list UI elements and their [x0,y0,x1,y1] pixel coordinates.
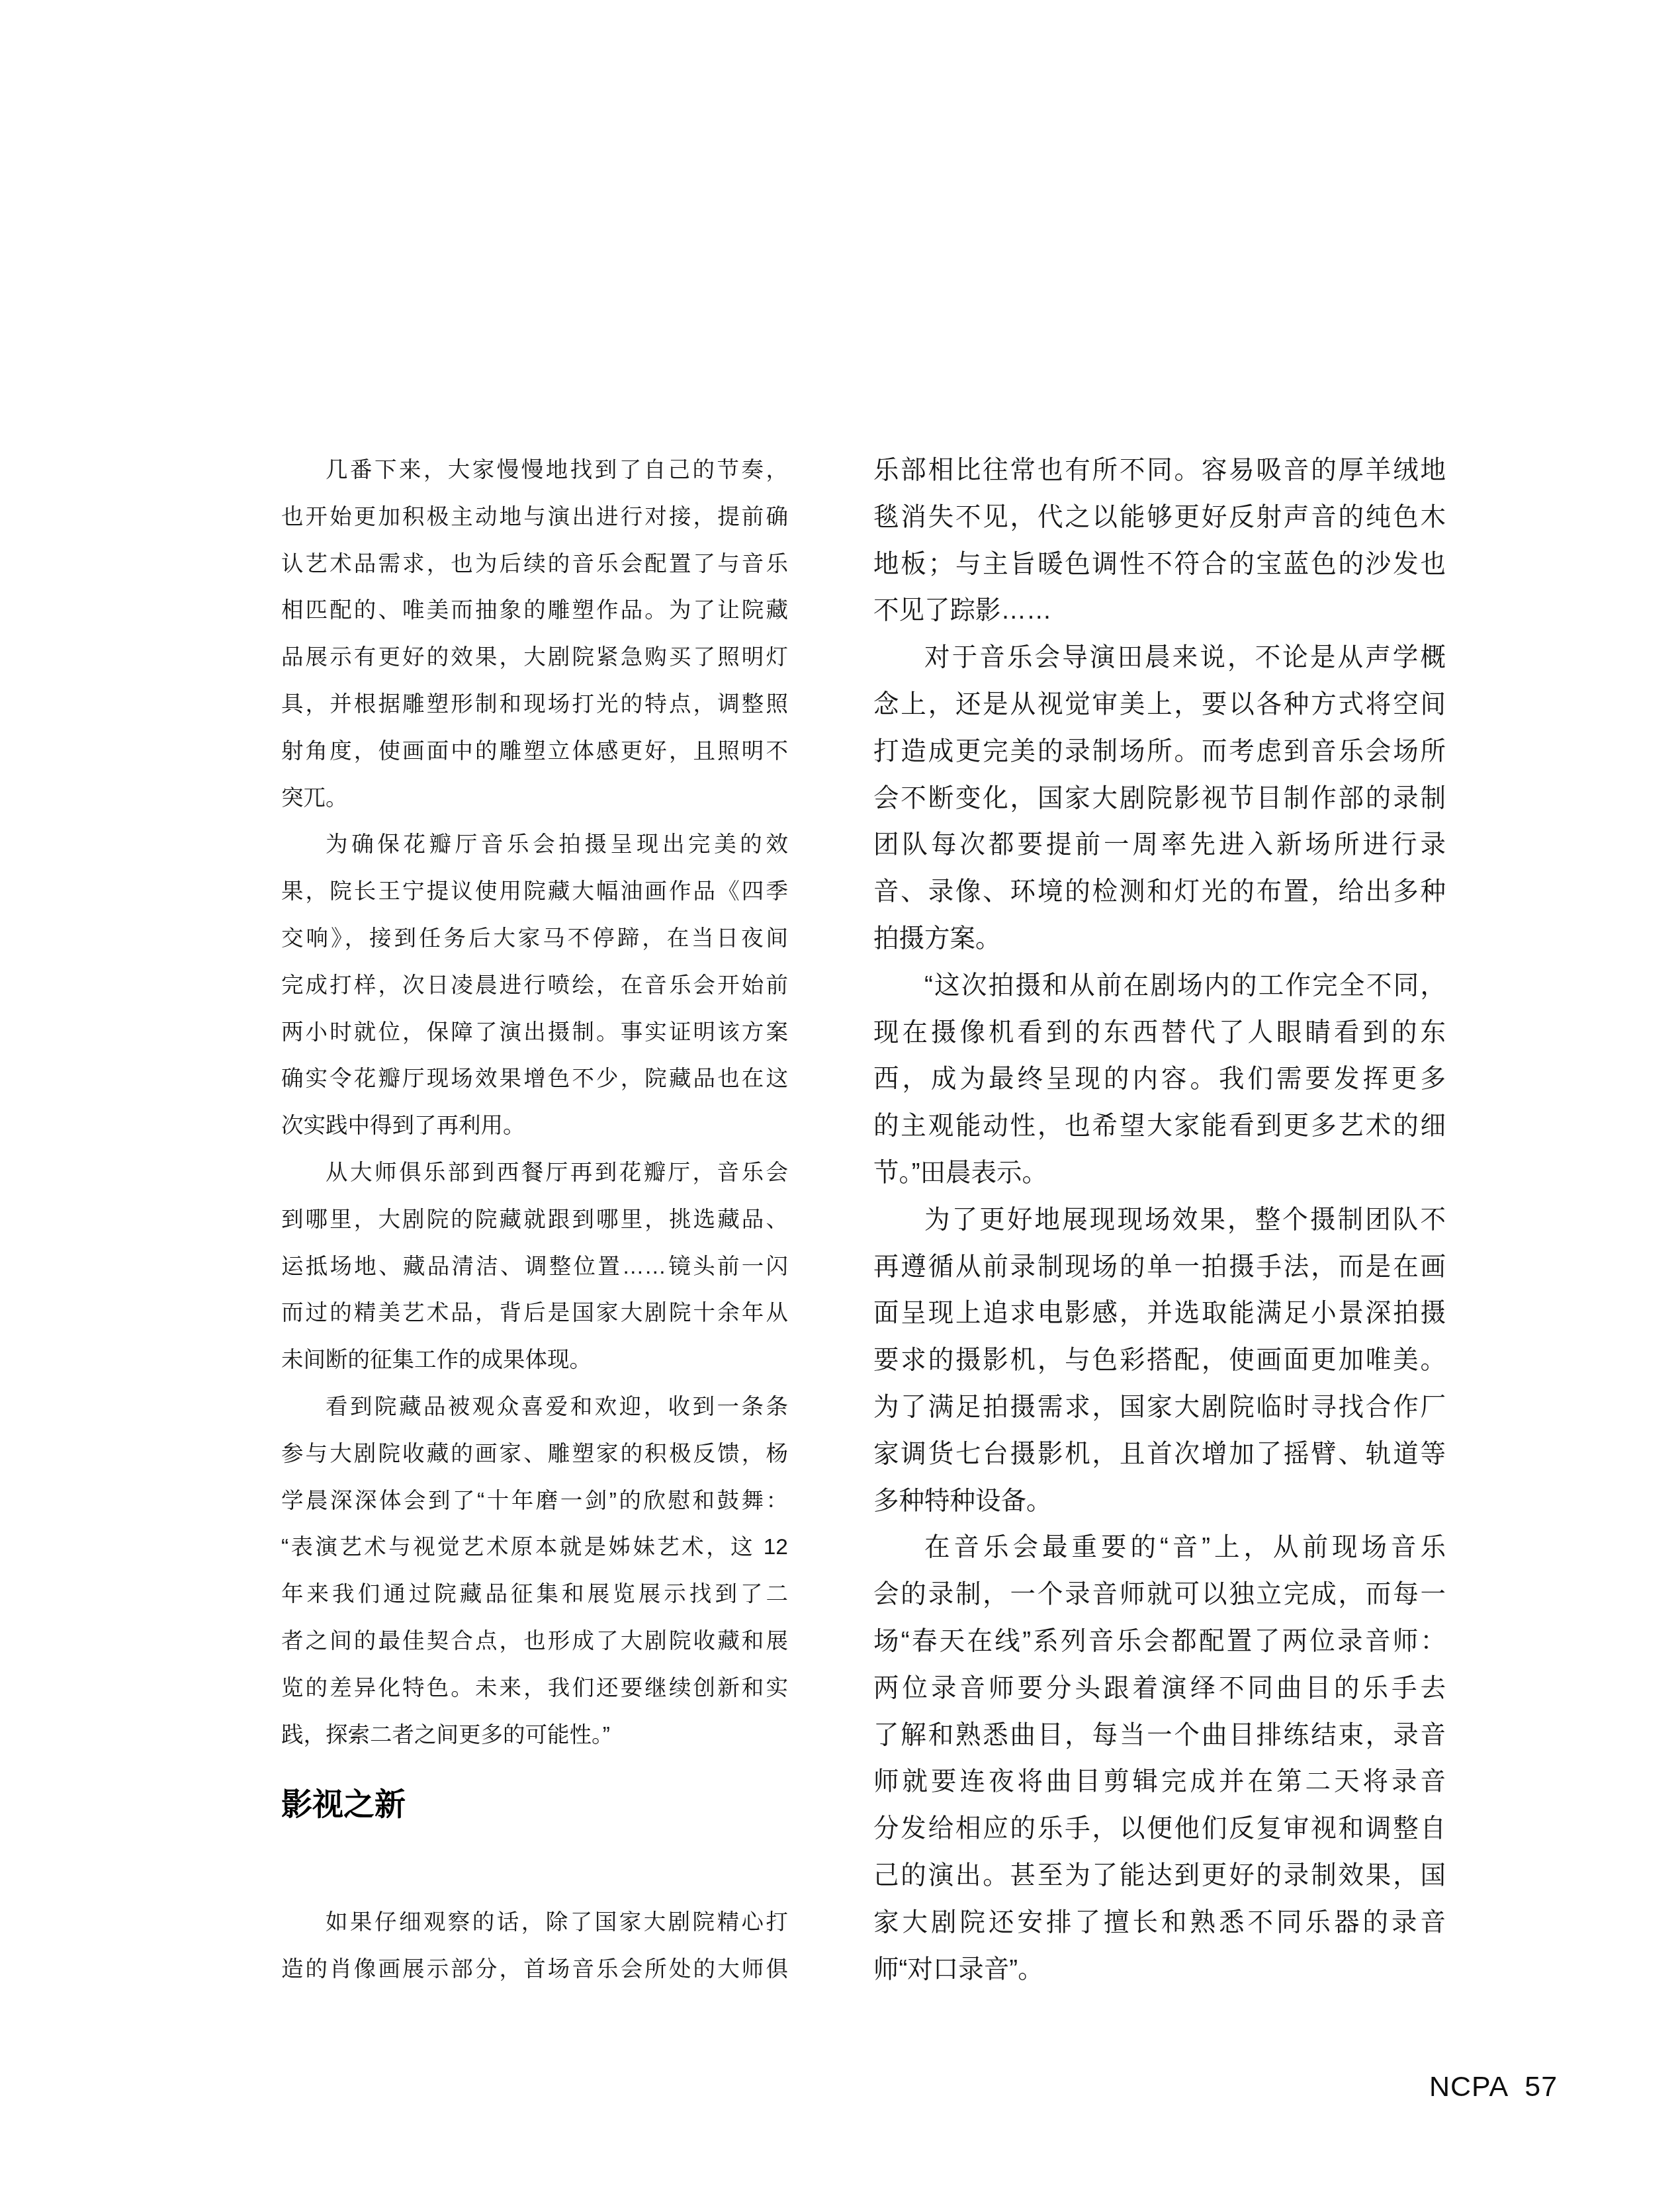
text-line: 现在摄像机看到的东西替代了人眼睛看到的东 [873,1010,1446,1057]
text-line: 学晨深深体会到了“十年磨一剑”的欣慰和鼓舞： [281,1478,788,1525]
text-line: 参与大剧院收藏的画家、雕塑家的积极反馈，杨 [281,1431,788,1478]
text-line: 面呈现上追求电影感，并选取能满足小景深拍摄 [873,1290,1446,1337]
text-line: 地板；与主旨暖色调性不符合的宝蓝色的沙发也 [873,541,1446,588]
text-line: 为了更好地展现现场效果，整个摄制团队不 [873,1197,1446,1244]
paragraph: 几番下来，大家慢慢地找到了自己的节奏，也开始更加积极主动地与演出进行对接，提前确… [281,447,788,822]
text-line: 己的演出。甚至为了能达到更好的录制效果，国 [873,1853,1446,1900]
paragraph: “这次拍摄和从前在剧场内的工作完全不同，现在摄像机看到的东西替代了人眼睛看到的东… [873,963,1446,1197]
text-line: 分发给相应的乐手，以便他们反复审视和调整自 [873,1806,1446,1853]
paragraph: 对于音乐会导演田晨来说，不论是从声学概念上，还是从视觉审美上，要以各种方式将空间… [873,635,1446,963]
footer-page-number: 57 [1525,2071,1558,2103]
text-line: 音、录像、环境的检测和灯光的布置，给出多种 [873,869,1446,916]
text-line: 拍摄方案。 [873,916,1446,963]
text-line: 完成打样，次日凌晨进行喷绘，在音乐会开始前 [281,963,788,1010]
page-footer: NCPA57 [1429,2073,1558,2101]
text-line: 团队每次都要提前一周率先进入新场所进行录 [873,822,1446,869]
text-line: 为确保花瓣厅音乐会拍摄呈现出完美的效 [281,822,788,869]
text-line: “表演艺术与视觉艺术原本就是姊妹艺术，这 12 [281,1524,788,1571]
text-line: 两位录音师要分头跟着演绎不同曲目的乐手去 [873,1665,1446,1712]
paragraph: 如果仔细观察的话，除了国家大剧院精心打造的肖像画展示部分，首场音乐会所处的大师俱 [281,1900,788,1993]
text-line: 两小时就位，保障了演出摄制。事实证明该方案 [281,1010,788,1057]
text-line: 不见了踪影…… [873,588,1446,635]
text-line: 果，院长王宁提议使用院藏大幅油画作品《四季 [281,869,788,916]
text-line: 师就要连夜将曲目剪辑完成并在第二天将录音 [873,1759,1446,1806]
text-line: 如果仔细观察的话，除了国家大剧院精心打 [281,1900,788,1947]
text-line: 而过的精美艺术品，背后是国家大剧院十余年从 [281,1290,788,1337]
text-line: 了解和熟悉曲目，每当一个曲目排练结束，录音 [873,1712,1446,1759]
text-line: 会不断变化，国家大剧院影视节目制作部的录制 [873,775,1446,822]
text-line: 会的录制，一个录音师就可以独立完成，而每一 [873,1571,1446,1618]
text-line: “这次拍摄和从前在剧场内的工作完全不同， [873,963,1446,1010]
text-line: 次实践中得到了再利用。 [281,1103,788,1150]
text-line: 品展示有更好的效果，大剧院紧急购买了照明灯 [281,635,788,681]
section-heading: 影视之新 [281,1780,788,1828]
text-line: 对于音乐会导演田晨来说，不论是从声学概 [873,635,1446,681]
text-line: 乐部相比往常也有所不同。容易吸音的厚羊绒地 [873,447,1446,494]
text-line: 突兀。 [281,775,788,822]
paragraph: 在音乐会最重要的“音”上，从前现场音乐会的录制，一个录音师就可以独立完成，而每一… [873,1524,1446,1993]
text-line: 打造成更完美的录制场所。而考虑到音乐会场所 [873,728,1446,775]
paragraph: 乐部相比往常也有所不同。容易吸音的厚羊绒地毯消失不见，代之以能够更好反射声音的纯… [873,447,1446,635]
text-line: 家调货七台摄影机，且首次增加了摇臂、轨道等 [873,1431,1446,1478]
text-line: 念上，还是从视觉审美上，要以各种方式将空间 [873,681,1446,728]
text-line: 到哪里，大剧院的院藏就跟到哪里，挑选藏品、 [281,1197,788,1244]
text-line: 几番下来，大家慢慢地找到了自己的节奏， [281,447,788,494]
text-line: 看到院藏品被观众喜爱和欢迎，收到一条条 [281,1384,788,1431]
left-column: 几番下来，大家慢慢地找到了自己的节奏，也开始更加积极主动地与演出进行对接，提前确… [281,447,788,1993]
text-line: 确实令花瓣厅现场效果增色不少，院藏品也在这 [281,1056,788,1103]
text-line: 西，成为最终呈现的内容。我们需要发挥更多 [873,1056,1446,1103]
text-line: 践，探索二者之间更多的可能性。” [281,1712,788,1759]
text-line: 射角度，使画面中的雕塑立体感更好，且照明不 [281,728,788,775]
text-line: 再遵循从前录制现场的单一拍摄手法，而是在画 [873,1244,1446,1291]
paragraph: 从大师俱乐部到西餐厅再到花瓣厅，音乐会到哪里，大剧院的院藏就跟到哪里，挑选藏品、… [281,1150,788,1384]
text-line: 造的肖像画展示部分，首场音乐会所处的大师俱 [281,1947,788,1993]
right-column: 乐部相比往常也有所不同。容易吸音的厚羊绒地毯消失不见，代之以能够更好反射声音的纯… [873,447,1446,1993]
text-line: 年来我们通过院藏品征集和展览展示找到了二 [281,1571,788,1618]
text-line: 认艺术品需求，也为后续的音乐会配置了与音乐 [281,541,788,588]
text-line: 要求的摄影机，与色彩搭配，使画面更加唯美。 [873,1337,1446,1384]
text-line: 的主观能动性，也希望大家能看到更多艺术的细 [873,1103,1446,1150]
paragraph: 看到院藏品被观众喜爱和欢迎，收到一条条参与大剧院收藏的画家、雕塑家的积极反馈，杨… [281,1384,788,1759]
text-line: 为了满足拍摄需求，国家大剧院临时寻找合作厂 [873,1384,1446,1431]
text-line: 家大剧院还安排了擅长和熟悉不同乐器的录音 [873,1900,1446,1947]
text-line: 览的差异化特色。未来，我们还要继续创新和实 [281,1665,788,1712]
footer-brand: NCPA [1429,2071,1509,2103]
text-line: 多种特种设备。 [873,1478,1446,1525]
text-line: 相匹配的、唯美而抽象的雕塑作品。为了让院藏 [281,588,788,635]
text-line: 者之间的最佳契合点，也形成了大剧院收藏和展 [281,1618,788,1665]
text-line: 交响》，接到任务后大家马不停蹄，在当日夜间 [281,916,788,963]
magazine-page: 几番下来，大家慢慢地找到了自己的节奏，也开始更加积极主动地与演出进行对接，提前确… [0,0,1680,2188]
text-line: 从大师俱乐部到西餐厅再到花瓣厅，音乐会 [281,1150,788,1197]
text-line: 节。”田晨表示。 [873,1150,1446,1197]
text-line: 在音乐会最重要的“音”上，从前现场音乐 [873,1524,1446,1571]
text-line: 运抵场地、藏品清洁、调整位置……镜头前一闪 [281,1244,788,1291]
text-line: 师“对口录音”。 [873,1947,1446,1993]
paragraph: 为了更好地展现现场效果，整个摄制团队不再遵循从前录制现场的单一拍摄手法，而是在画… [873,1197,1446,1525]
text-line: 未间断的征集工作的成果体现。 [281,1337,788,1384]
text-line: 也开始更加积极主动地与演出进行对接，提前确 [281,494,788,541]
text-line: 具，并根据雕塑形制和现场打光的特点，调整照 [281,681,788,728]
text-line: 毯消失不见，代之以能够更好反射声音的纯色木 [873,494,1446,541]
paragraph: 为确保花瓣厅音乐会拍摄呈现出完美的效果，院长王宁提议使用院藏大幅油画作品《四季交… [281,822,788,1150]
text-line: 场“春天在线”系列音乐会都配置了两位录音师： [873,1618,1446,1665]
